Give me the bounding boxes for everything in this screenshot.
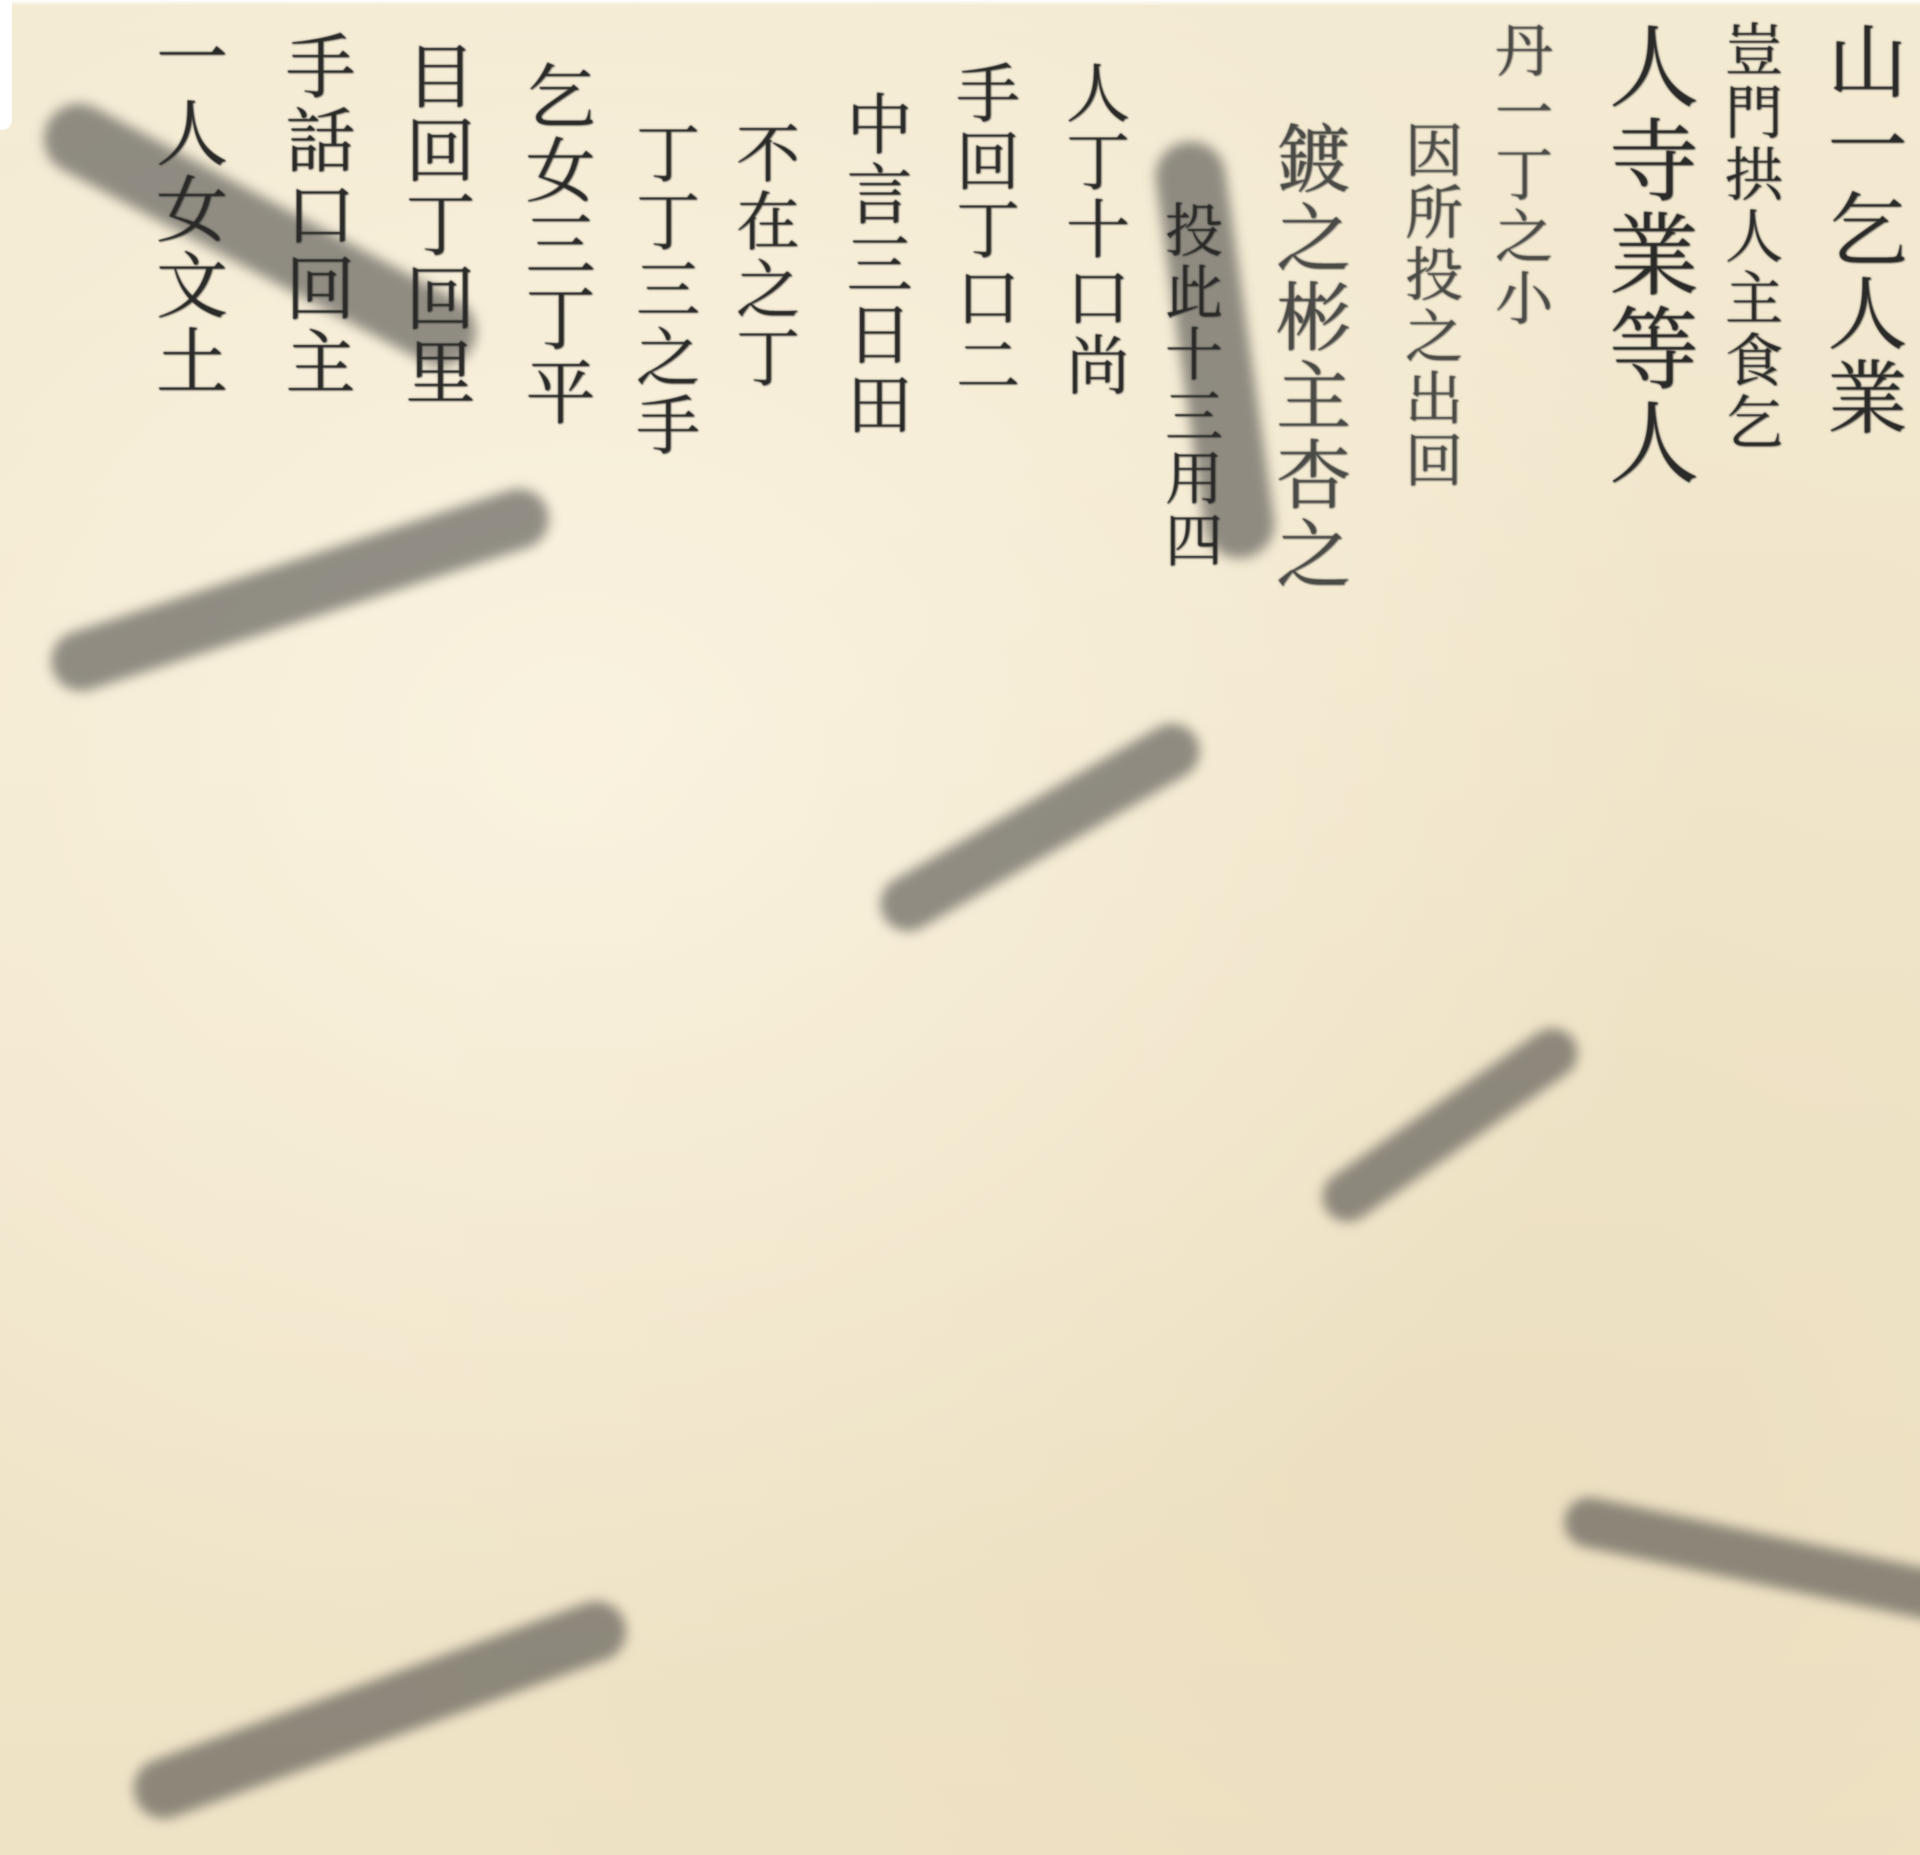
torn-corner	[0, 0, 12, 130]
text-column: 手話口回主	[280, 30, 350, 400]
ink-smudge	[125, 1593, 634, 1827]
text-column: 一人女文土	[150, 20, 222, 400]
text-column: 乞女三丁平	[520, 60, 590, 430]
text-column: 豈門拱人主食乞	[1720, 20, 1778, 454]
text-column: 中言三日田	[840, 90, 906, 440]
ink-smudge	[1560, 1493, 1920, 1638]
text-column: 鍍之彬主杏之	[1270, 120, 1345, 594]
manuscript-page: 山一乞人業 豈門拱人主食乞 人寺業等人 丹一丁之小 因所投之出回 鍍之彬主杏之 …	[0, 0, 1920, 1855]
text-column: 因所投之出回	[1400, 120, 1458, 492]
text-column: 丁丁三之手	[630, 120, 694, 460]
text-column: 不在之丁	[730, 120, 794, 392]
text-column: 投此十三用四	[1160, 200, 1218, 572]
ink-smudge	[870, 714, 1209, 942]
paper-top-edge	[0, 0, 1920, 6]
text-column: 丹一丁之小	[1490, 20, 1548, 330]
text-column: 目回丁回里	[400, 40, 470, 410]
ink-smudge	[43, 481, 556, 699]
ink-smudge	[1313, 1018, 1587, 1231]
text-column: 山一乞人業	[1820, 20, 1900, 440]
text-column: 人寺業等人	[1600, 20, 1690, 490]
text-column: 手回丁口二	[950, 60, 1014, 400]
text-column: 人丁十口尚	[1060, 60, 1124, 400]
